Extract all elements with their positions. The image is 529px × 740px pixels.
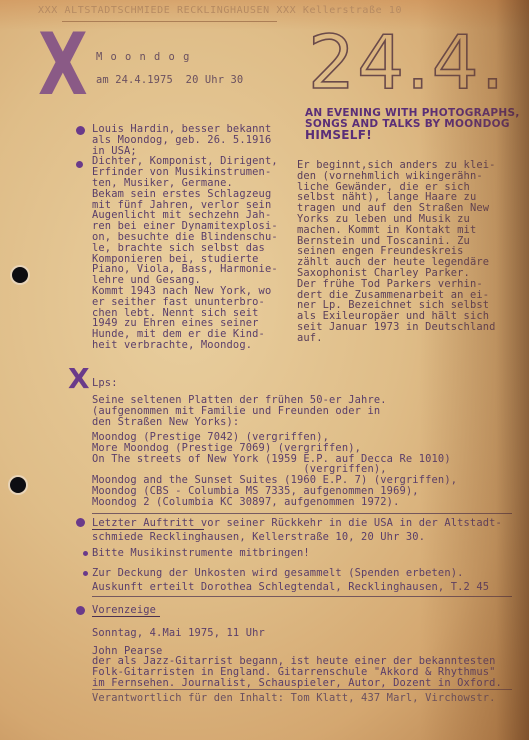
punch-hole-top [12, 267, 28, 283]
letterhead: XXX ALTSTADTSCHMIEDE RECKLINGHAUSEN XXX … [38, 5, 402, 16]
handwritten-x-mark: X [38, 22, 88, 108]
last-show-line-2: schmiede Recklinghausen, Kellerstraße 10… [92, 532, 425, 543]
letterhead-underline [62, 21, 277, 22]
event-title: M o o n d o g [96, 52, 190, 63]
note-instruments: Bitte Musikinstrumente mitbringen! [92, 548, 310, 559]
lps-heading: Lps: [92, 378, 118, 389]
bio-left-line: heit verbrachte, Moondog. [92, 340, 252, 351]
info-contact: Auskunft erteilt Dorothea Schlegtendal, … [92, 582, 489, 593]
bullet-last-show [76, 518, 85, 527]
last-show-underline [92, 529, 204, 530]
bio-right-line: auf. [297, 333, 323, 344]
handwritten-x-small: X [68, 365, 90, 393]
bullet-note-1 [83, 551, 88, 556]
note-donations: Zur Deckung der Unkosten wird gesammelt … [92, 568, 464, 579]
footer-responsible: Verantwortlich für den Inhalt: Tom Klatt… [92, 693, 496, 704]
bullet-bio-1 [76, 126, 85, 135]
preview-underline [92, 689, 512, 690]
event-date-line: am 24.4.1975 20 Uhr 30 [96, 75, 243, 86]
bio-right-line: seit Januar 1973 in Deutschland [297, 322, 496, 333]
lp-item: Moondog 2 (Columbia KC 30897, aufgenomme… [92, 497, 399, 508]
preview-line: im Fernsehen. Journalist, Schauspieler, … [92, 678, 502, 689]
last-show-line-1: Letzter Auftritt vor seiner Rückkehr in … [92, 518, 502, 529]
bullet-note-2 [83, 571, 88, 576]
punch-hole-bottom [10, 477, 26, 493]
big-date: 24.4. [308, 20, 506, 106]
handwritten-tagline-3: HIMSELF! [305, 130, 372, 141]
preview-heading-underline [92, 616, 160, 617]
divider-2 [92, 596, 512, 597]
bullet-bio-2 [76, 161, 83, 168]
divider-1 [92, 513, 512, 514]
bullet-preview [76, 606, 85, 615]
preview-heading: Vorenzeige [92, 605, 156, 616]
preview-date: Sonntag, 4.Mai 1975, 11 Uhr [92, 628, 265, 639]
lps-intro-line: den Straßen New Yorks): [92, 417, 239, 428]
